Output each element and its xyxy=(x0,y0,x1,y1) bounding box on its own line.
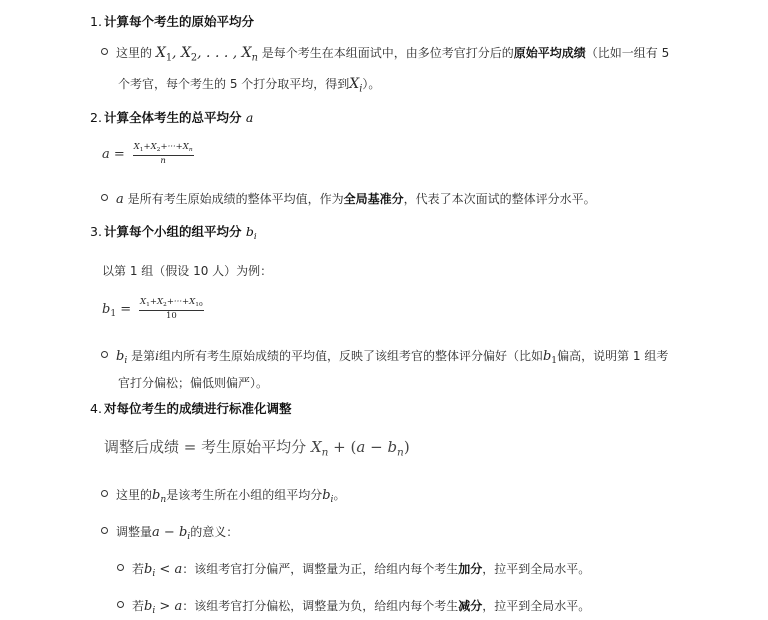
formula-adjusted-score: 调整后成绩 = 考生原始平均分 Xn + (a − bn) xyxy=(104,436,410,459)
bold-term: 全局基准分 xyxy=(344,192,404,206)
section-3-example-text: 以第 1 组（假设 10 人）为例： xyxy=(102,262,272,279)
math-x-sequence: X1, X2, . . . , Xn xyxy=(156,45,258,61)
bullet-circle-icon xyxy=(101,490,108,497)
section-4-heading: 4.对每位考生的成绩进行标准化调整 xyxy=(90,399,291,417)
bullet-circle-icon xyxy=(117,564,124,571)
bullet-circle-icon xyxy=(101,351,108,358)
clipped-header-text: ···· ·· ··· xyxy=(0,0,768,5)
math-bi: bi xyxy=(246,224,257,239)
bold-term: 原始平均成绩 xyxy=(514,46,586,60)
section-2-heading: 2.计算全体考生的总平均分 a xyxy=(90,108,253,126)
section-3-bullet-1-line-2: 官打分偏松；偏低则偏严）。 xyxy=(118,374,268,391)
section-title: 计算每个考生的原始平均分 xyxy=(104,14,254,29)
bold-term: 加分 xyxy=(458,562,482,576)
section-4-bullet-1: 这里的bn是该考生所在小组的组平均分bi。 xyxy=(101,486,345,505)
bullet-circle-icon xyxy=(101,48,108,55)
formula-global-average: a = X1+X2+···+Xn n xyxy=(102,143,194,166)
section-3-bullet-1: bi 是第i组内所有考生原始成绩的平均值，反映了该组考官的整体评分偏好（比如b1… xyxy=(101,347,668,366)
section-4-bullet-2: 调整量a − bi的意义： xyxy=(101,523,238,542)
math-xi: Xi xyxy=(349,76,362,92)
section-1-bullet-1: 这里的 X1, X2, . . . , Xn 是每个考生在本组面试中，由多位考官… xyxy=(101,44,669,63)
fraction: X1+X2+···+Xn n xyxy=(133,143,194,166)
math-a: a xyxy=(246,110,253,125)
bullet-circle-icon xyxy=(101,194,108,201)
section-1-heading: 1.计算每个考生的原始平均分 xyxy=(90,12,254,30)
section-4-sub-bullet-1: 若bi < a：该组考官打分偏严，调整量为正，给组内每个考生加分，拉平到全局水平… xyxy=(117,560,590,579)
bullet-circle-icon xyxy=(101,527,108,534)
bold-term: 减分 xyxy=(458,599,482,613)
section-2-bullet-1: a 是所有考生原始成绩的整体平均值，作为全局基准分，代表了本次面试的整体评分水平… xyxy=(101,190,596,207)
fraction: X1+X2+···+X10 10 xyxy=(139,298,204,321)
section-1-bullet-1-line-2: 个考官，每个考生的 5 个打分取平均，得到Xi）。 xyxy=(118,75,380,94)
section-number: 1. xyxy=(90,14,102,29)
section-4-sub-bullet-2: 若bi > a：该组考官打分偏松，调整量为负，给组内每个考生减分，拉平到全局水平… xyxy=(117,597,590,616)
section-3-heading: 3.计算每个小组的组平均分 bi xyxy=(90,222,257,242)
bullet-circle-icon xyxy=(117,601,124,608)
formula-group-average: b1 = X1+X2+···+X10 10 xyxy=(102,298,204,321)
